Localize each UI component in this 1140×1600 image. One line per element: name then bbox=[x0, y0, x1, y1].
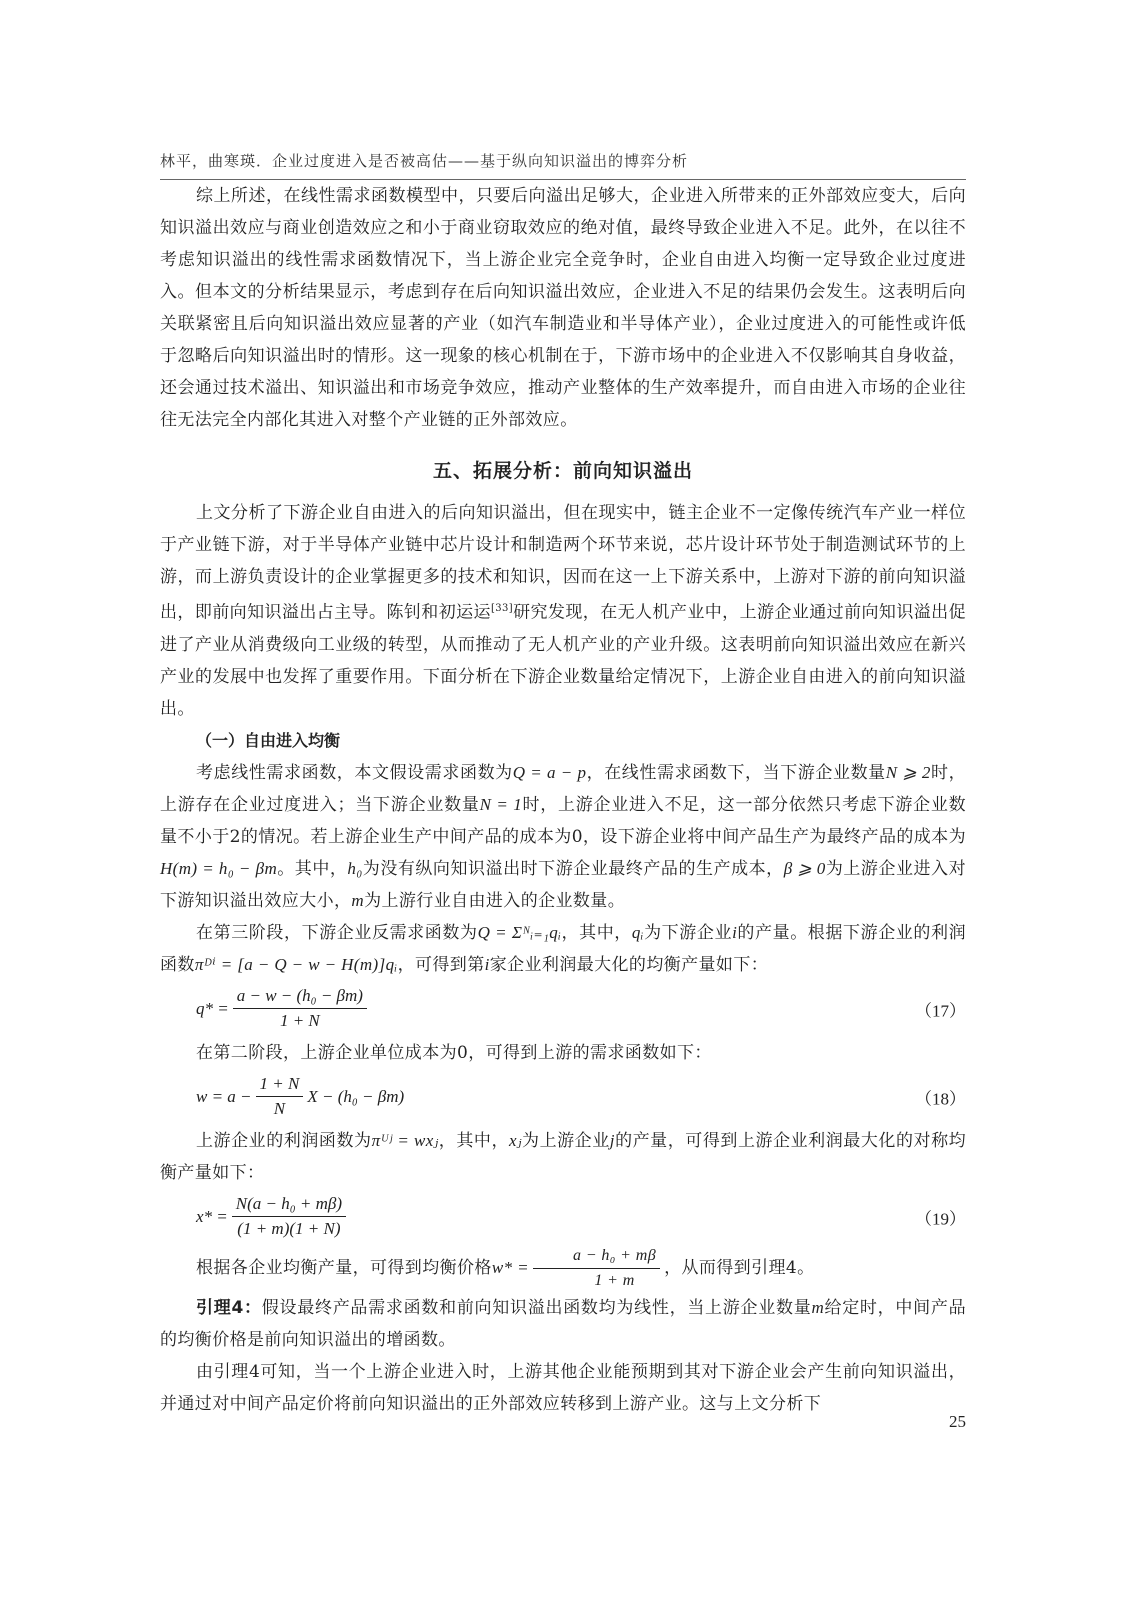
paragraph-upstream-profit: 上游企业的利润函数为πᵁʲ = wxⱼ，其中，xⱼ为上游企业j的产量，可得到上游… bbox=[160, 1125, 966, 1189]
math-inline: β ⩾ 0 bbox=[784, 859, 826, 878]
text: 为没有纵向知识溢出时下游企业最终产品的生产成本， bbox=[363, 859, 784, 879]
math-inline: h₀ bbox=[347, 859, 362, 878]
text: ，其中， bbox=[561, 923, 632, 943]
math-inline: Q = a − p bbox=[513, 763, 587, 782]
text: 考虑线性需求函数，本文假设需求函数为 bbox=[196, 763, 513, 783]
math-inline: xⱼ bbox=[509, 1131, 522, 1150]
subsection-title: （一）自由进入均衡 bbox=[160, 725, 966, 757]
eq-lhs: x* = bbox=[196, 1207, 228, 1227]
math-inline: qᵢ bbox=[632, 923, 644, 942]
fraction: N(a − h₀ + mβ) (1 + m)(1 + N) bbox=[232, 1193, 346, 1240]
math-inline: N ⩾ 2 bbox=[886, 763, 931, 782]
equation-number: （17） bbox=[915, 996, 966, 1021]
text: 为下游企业 bbox=[644, 923, 732, 943]
equation-number: （18） bbox=[915, 1084, 966, 1109]
math-inline: N = 1 bbox=[480, 795, 523, 814]
text: 上游企业的利润函数为 bbox=[196, 1131, 372, 1151]
citation: [33] bbox=[491, 603, 513, 614]
equation-number: （19） bbox=[915, 1204, 966, 1229]
math-inline: πᴰⁱ = [a − Q − w − H(m)]qᵢ bbox=[195, 955, 398, 974]
equation-18: w = a − 1 + N N X − (h₀ − βm) （18） bbox=[160, 1069, 966, 1125]
lemma-4: 引理4：假设最终产品需求函数和前向知识溢出函数均为线性，当上游企业数量m给定时，… bbox=[160, 1292, 966, 1356]
numerator: a − w − (h₀ − βm) bbox=[233, 985, 367, 1009]
body-text: 综上所述，在线性需求函数模型中，只要后向溢出足够大，企业进入所带来的正外部效应变… bbox=[160, 180, 966, 1420]
math-inline: πᵁʲ = wxⱼ bbox=[372, 1131, 439, 1150]
text: 在第三阶段，下游企业反需求函数为 bbox=[196, 923, 478, 943]
fraction: 1 + N N bbox=[256, 1073, 304, 1120]
paragraph-forward-spillover-intro: 上文分析了下游企业自由进入的后向知识溢出，但在现实中，链主企业不一定像传统汽车产… bbox=[160, 497, 966, 725]
math-inline: Q = Σᴺᵢ₌₁qᵢ bbox=[478, 923, 562, 942]
text: ，可得到第 bbox=[398, 955, 485, 975]
paragraph-summary: 综上所述，在线性需求函数模型中，只要后向溢出足够大，企业进入所带来的正外部效应变… bbox=[160, 180, 966, 436]
denominator: 1 + m bbox=[558, 1269, 634, 1292]
numerator: N(a − h₀ + mβ) bbox=[232, 1193, 346, 1217]
eq-rhs: X − (h₀ − βm) bbox=[307, 1087, 404, 1107]
text: ，其中， bbox=[439, 1131, 509, 1151]
text: 。其中， bbox=[277, 859, 347, 879]
lemma-label: 引理4： bbox=[196, 1298, 262, 1318]
paragraph-model-setup: 考虑线性需求函数，本文假设需求函数为Q = a − p，在线性需求函数下，当下游… bbox=[160, 757, 966, 917]
eq-lhs: q* = bbox=[196, 999, 229, 1019]
numerator: 1 + N bbox=[256, 1073, 304, 1097]
denominator: (1 + m)(1 + N) bbox=[237, 1217, 340, 1240]
page-number: 25 bbox=[949, 1412, 966, 1432]
text: 假设最终产品需求函数和前向知识溢出函数均为线性，当上游企业数量 bbox=[262, 1298, 812, 1318]
math-inline: H(m) = h₀ − βm bbox=[160, 859, 277, 878]
paragraph-stage-three: 在第三阶段，下游企业反需求函数为Q = Σᴺᵢ₌₁qᵢ，其中，qᵢ为下游企业i的… bbox=[160, 917, 966, 981]
paragraph-lemma-discussion: 由引理4可知，当一个上游企业进入时，上游其他企业能预期到其对下游企业会产生前向知… bbox=[160, 1356, 966, 1420]
paragraph-stage-two: 在第二阶段，上游企业单位成本为0，可得到上游的需求函数如下： bbox=[160, 1037, 966, 1069]
denominator: N bbox=[274, 1097, 285, 1120]
math-inline: m bbox=[811, 1298, 824, 1317]
paragraph-equilibrium-price: 根据各企业均衡产量，可得到均衡价格w* =a − h₀ + mβ1 + m，从而… bbox=[160, 1245, 966, 1292]
equation-17: q* = a − w − (h₀ − βm) 1 + N （17） bbox=[160, 981, 966, 1037]
denominator: 1 + N bbox=[280, 1009, 320, 1032]
text: 为上游行业自由进入的企业数量。 bbox=[364, 891, 625, 911]
numerator: a − h₀ + mβ bbox=[533, 1245, 660, 1269]
running-header: 林平，曲寒瑛．企业过度进入是否被高估——基于纵向知识溢出的博弈分析 bbox=[160, 150, 966, 180]
equation-19: x* = N(a − h₀ + mβ) (1 + m)(1 + N) （19） bbox=[160, 1189, 966, 1245]
text: 为上游企业 bbox=[522, 1131, 610, 1151]
text: ，在线性需求函数下，当下游企业数量 bbox=[586, 763, 885, 783]
math-inline: w* = bbox=[492, 1258, 529, 1277]
section-title: 五、拓展分析：前向知识溢出 bbox=[160, 456, 966, 483]
fraction: a − h₀ + mβ1 + m bbox=[533, 1245, 660, 1292]
eq-lhs: w = a − bbox=[196, 1087, 252, 1107]
text: ，从而得到引理4。 bbox=[664, 1258, 814, 1278]
text: 家企业利润最大化的均衡产量如下： bbox=[490, 955, 768, 975]
fraction: a − w − (h₀ − βm) 1 + N bbox=[233, 985, 367, 1032]
text: 根据各企业均衡产量，可得到均衡价格 bbox=[196, 1258, 492, 1278]
math-inline: m bbox=[351, 891, 364, 910]
